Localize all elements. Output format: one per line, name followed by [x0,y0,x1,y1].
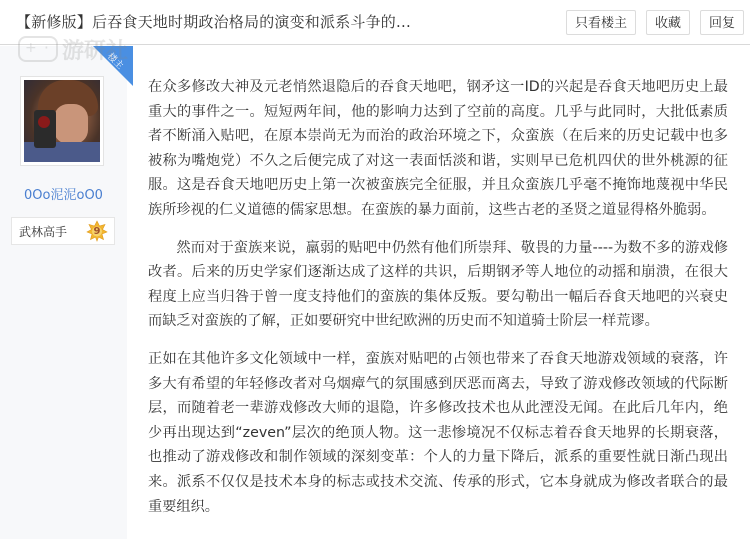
only-op-button[interactable]: 只看楼主 [566,10,636,35]
thread-header: 【新修版】后吞食天地时期政治格局的演变和派系斗争的... 只看楼主 收藏 回复 [0,0,750,45]
post-paragraph-2: 然而对于蛮族来说，羸弱的贴吧中仍然有他们所崇拜、敬畏的力量----为数不多的游戏… [148,236,728,334]
favorite-button[interactable]: 收藏 [646,10,690,35]
reply-button[interactable]: 回复 [700,10,744,35]
thread-owner-ribbon: 楼主 [93,46,133,86]
level-badge[interactable]: 武林高手 9 [11,217,115,245]
post-paragraph-3: 正如在其他许多文化领域中一样，蛮族对贴吧的占领也带来了吞食天地游戏领域的衰落，许… [148,347,728,519]
level-star-icon: 9 [86,220,108,242]
avatar-gun-muzzle [38,116,50,128]
avatar-face [54,104,88,144]
thread-title: 【新修版】后吞食天地时期政治格局的演变和派系斗争的... [16,11,411,32]
author-sidebar: 楼主 0Oo泥泥oO0 武林高手 9 [0,46,127,539]
avatar[interactable] [24,80,100,162]
post-paragraph-1: 在众多修改大神及元老悄然退隐后的吞食天地吧，钢矛这一ID的兴起是吞食天地吧历史上… [148,75,728,223]
author-username[interactable]: 0Oo泥泥oO0 [0,184,127,203]
avatar-frame[interactable] [20,76,104,166]
level-number: 9 [94,226,101,237]
level-title: 武林高手 [19,223,67,240]
header-actions: 只看楼主 收藏 回复 [566,10,744,35]
post-body: 在众多修改大神及元老悄然退隐后的吞食天地吧，钢矛这一ID的兴起是吞食天地吧历史上… [148,75,728,532]
thread-page: 【新修版】后吞食天地时期政治格局的演变和派系斗争的... 只看楼主 收藏 回复 … [0,0,750,539]
